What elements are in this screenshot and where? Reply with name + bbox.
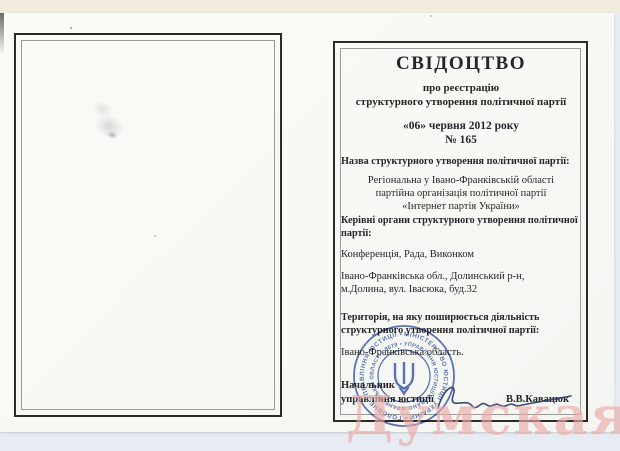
scan-speckles [70, 27, 72, 29]
watermark-text: Думская [346, 385, 620, 447]
certificate-title: СВІДОЦТВО [341, 52, 581, 76]
party-name-line: партійна організація політичної партії [341, 187, 581, 200]
party-name-line: «Інтернет партія України» [341, 200, 581, 213]
subtitle-line: структурного утворення політичної партії [341, 95, 581, 109]
left-page-frame [14, 33, 282, 417]
certificate-subtitle: про реєстрацію структурного утворення по… [341, 81, 581, 109]
watermark-logo: Думская.net [346, 390, 620, 443]
scanner-top-edge [0, 0, 620, 13]
scanner-left-edge-shadow [0, 13, 4, 55]
governing-label-line: Керівні органи структурного утворення по… [341, 214, 581, 227]
party-name-value: Регіональна у Івано-Франківській області… [341, 174, 581, 213]
legal-address: Івано-Франківська обл., Долинський р-н, … [341, 270, 581, 296]
party-name-line: Регіональна у Івано-Франківській області [341, 174, 581, 187]
address-line: Івано-Франківська обл., Долинський р-н, [341, 270, 581, 283]
governing-bodies-label: Керівні органи структурного утворення по… [341, 214, 581, 240]
scanned-certificate-spread: СВІДОЦТВО про реєстрацію структурного ут… [0, 0, 620, 451]
governing-label-line: партії: [341, 227, 581, 240]
registration-number: № 165 [341, 133, 581, 147]
left-page-inner-border [21, 40, 275, 410]
address-line: м.Долина, вул. Івасюка, буд.32 [341, 283, 581, 296]
governing-bodies-value: Конференція, Рада, Виконком [341, 248, 581, 261]
registration-date: «06» червня 2012 року [341, 119, 581, 133]
party-name-label: Назва структурного утворення політичної … [341, 155, 581, 168]
subtitle-line: про реєстрацію [341, 81, 581, 95]
